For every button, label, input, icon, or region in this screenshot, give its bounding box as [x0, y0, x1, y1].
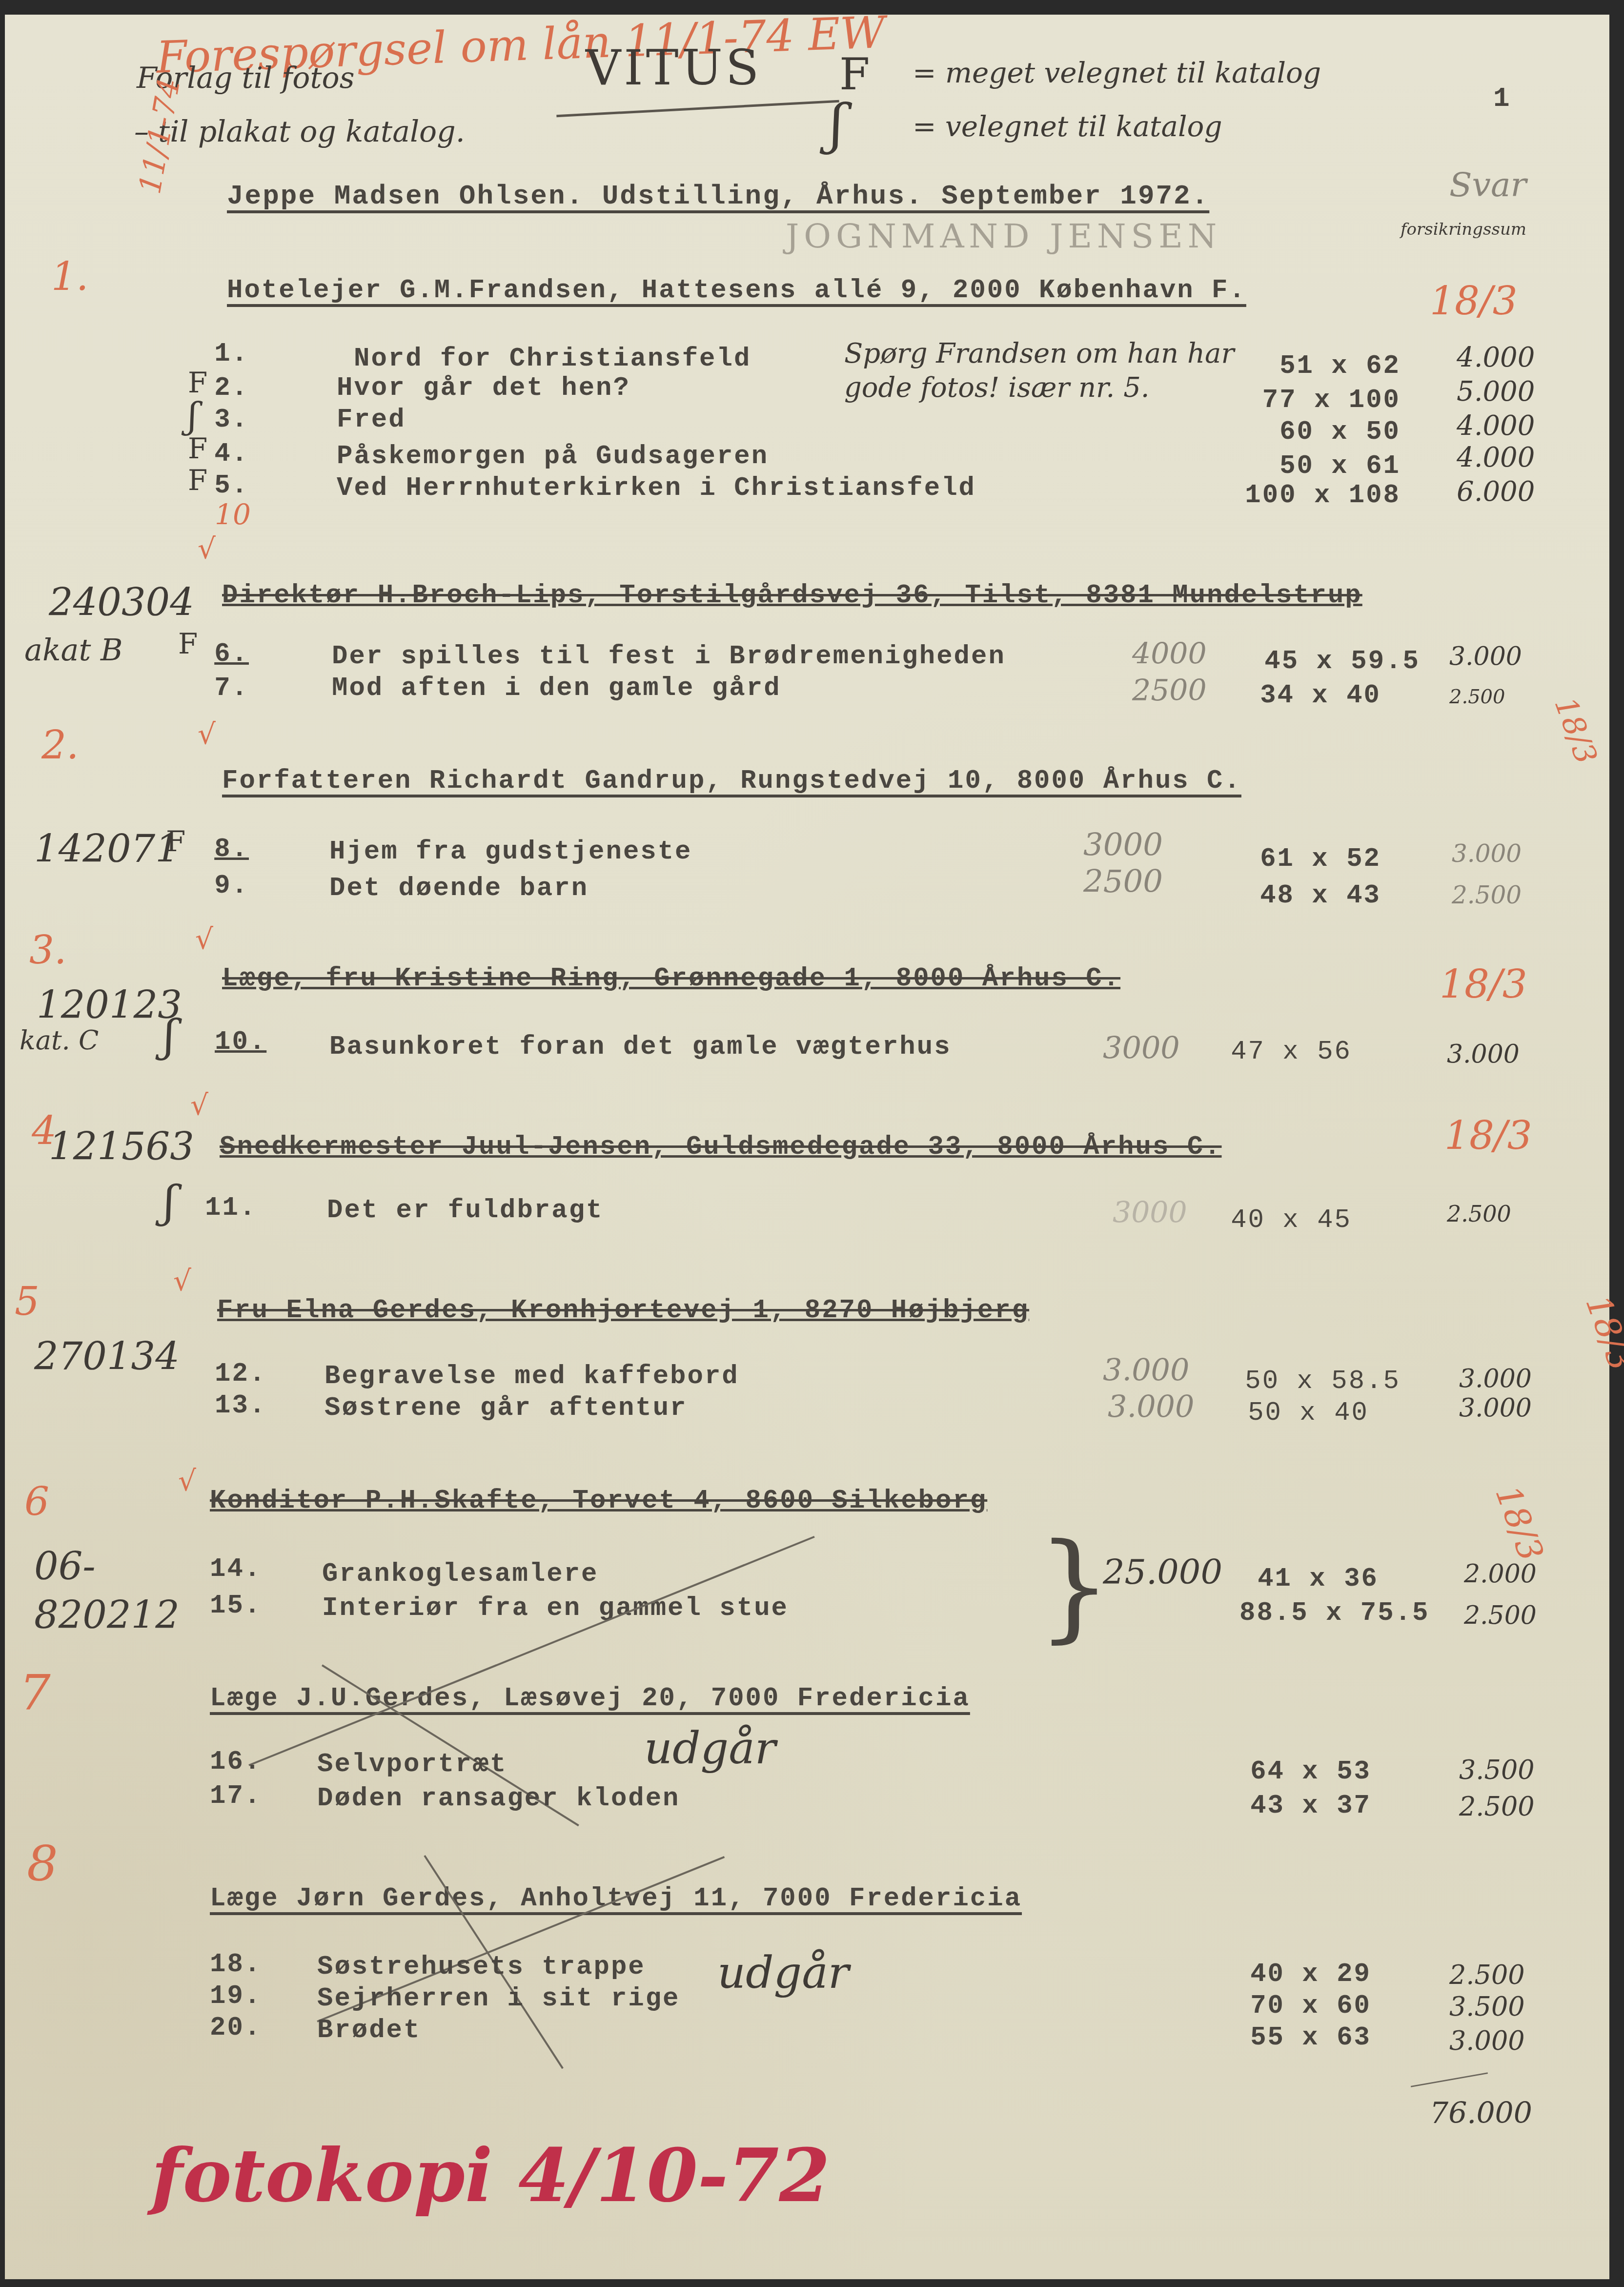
section-3-owner: Læge, fru Kristine Ring, Grønnegade 1, 8… — [222, 964, 1120, 994]
item-3-title: Fred — [337, 405, 406, 435]
item-7-size: 34 x 40 — [1205, 681, 1381, 711]
item-14-title: Grankoglesamlere — [322, 1559, 598, 1589]
item-20-size: 55 x 63 — [1196, 2023, 1371, 2053]
item-4-value: 4.000 — [1457, 442, 1535, 473]
section-1-owner: Hotelejer G.M.Frandsen, Hattesens allé 9… — [227, 276, 1246, 306]
section-8-owner: Læge Jørn Gerdes, Anholtvej 11, 7000 Fre… — [210, 1884, 1022, 1914]
item-7-no: 7. — [205, 674, 249, 703]
item-17-no: 17. — [210, 1781, 254, 1811]
page-number: 1 — [1493, 83, 1511, 114]
section-2-red-date: 18/3 — [1548, 693, 1604, 769]
section-1-red-date: 18/3 — [1430, 278, 1518, 324]
item-1-no: 1. — [205, 339, 249, 369]
item-11-no: 11. — [205, 1193, 249, 1223]
item-16-no: 16. — [210, 1747, 254, 1777]
item-5-title: Ved Herrnhuterkirken i Christiansfeld — [337, 473, 976, 503]
section-2-left-note: 142071 — [34, 827, 180, 871]
section-3-red-date: 18/3 — [1440, 961, 1527, 1007]
section-5-check: √ — [173, 1264, 191, 1297]
legend-text-f: = meget velegnet til katalog — [913, 56, 1321, 89]
vitus-annotation: VITUS — [586, 39, 762, 96]
item-12-title: Begravelse med kaffebord — [325, 1362, 739, 1391]
section-6-left-note2: 820212 — [34, 1593, 180, 1637]
item-15-title: Interiør fra en gammel stue — [322, 1593, 789, 1623]
item-15-size: 88.5 x 75.5 — [1239, 1598, 1415, 1628]
section-4-owner: Snedkermester Juul-Jensen, Guldsmedegade… — [220, 1132, 1222, 1162]
section-broch-left-note2: akat B — [24, 632, 123, 668]
section-2-index: 2. — [41, 722, 79, 768]
item-16-value: 3.500 — [1459, 1755, 1535, 1785]
item-19-size: 70 x 60 — [1196, 1991, 1371, 2021]
item-12-estimate: 3.000 — [1103, 1352, 1190, 1388]
item-4-no: 4. — [205, 439, 249, 469]
item-8-mark: F — [166, 825, 185, 858]
item-12-value: 3.000 — [1459, 1364, 1532, 1393]
section-8-cross-note: udgår — [717, 1947, 849, 1999]
item-6-no: 6. — [205, 639, 249, 669]
item-8-title: Hjem fra gudstjeneste — [329, 837, 692, 867]
section-broch-left-note: 240304 — [49, 581, 194, 625]
document-page: Forespørgsel om lån 11/1-74 EW Forlag ti… — [5, 15, 1609, 2279]
item-16-size: 64 x 53 — [1196, 1757, 1371, 1787]
item-10-size: 47 x 56 — [1176, 1037, 1352, 1067]
item-9-title: Det døende barn — [329, 874, 589, 903]
item-9-value: 2.500 — [1452, 881, 1522, 909]
item-8-estimate: 3000 — [1083, 827, 1163, 863]
legend-symbol-s: ʃ — [830, 93, 844, 155]
item-1-size: 51 x 62 — [1225, 351, 1401, 381]
item-18-title: Søstrehusets trappe — [317, 1952, 646, 1982]
section-3-check: √ — [195, 922, 213, 956]
item-9-estimate: 2500 — [1083, 864, 1163, 900]
section-1-after-note: 10 — [215, 498, 251, 531]
svar-label: Svar — [1449, 166, 1526, 204]
item-9-no: 9. — [205, 871, 249, 901]
item-20-no: 20. — [210, 2013, 254, 2043]
item-11-value: 2.500 — [1447, 1201, 1511, 1227]
item-14-no: 14. — [210, 1554, 254, 1584]
item-3-mark: ʃ — [188, 395, 198, 436]
vitus-underline — [556, 100, 839, 117]
item-3-value: 4.000 — [1457, 410, 1535, 442]
item-11-size: 40 x 45 — [1176, 1205, 1352, 1235]
item-6-value: 3.000 — [1449, 642, 1522, 671]
forsikringssum-label: forsikringssum — [1401, 220, 1526, 239]
item-8-no: 8. — [205, 835, 249, 864]
section-1-index: 1. — [51, 254, 88, 299]
item-12-size: 50 x 58.5 — [1225, 1367, 1401, 1396]
document-title: Jeppe Madsen Ohlsen. Udstilling, Århus. … — [227, 181, 1209, 212]
item-6-title: Der spilles til fest i Brødremenigheden — [332, 642, 1006, 672]
item-14-size: 41 x 36 — [1203, 1564, 1379, 1594]
section-4-check: √ — [190, 1088, 208, 1122]
section-4-left-note: 121563 — [49, 1125, 194, 1169]
section-2-check: √ — [198, 717, 216, 751]
item-2-size: 77 x 100 — [1225, 386, 1401, 415]
item-12-no: 12. — [215, 1359, 259, 1389]
item-13-estimate: 3.000 — [1108, 1389, 1195, 1424]
section-5-left-note: 270134 — [34, 1335, 180, 1379]
item-20-title: Brødet — [317, 2016, 421, 2045]
section-3-left-note: 120123 — [37, 983, 182, 1027]
item-2-no: 2. — [205, 373, 249, 403]
item-9-size: 48 x 43 — [1205, 881, 1381, 911]
footer-photocopy-note: fotokopi 4/10-72 — [151, 2133, 830, 2219]
total-separator — [1411, 2072, 1488, 2087]
section-3-left-note2: kat. C — [20, 1025, 99, 1056]
item-10-value: 3.000 — [1447, 1040, 1520, 1069]
item-3-size: 60 x 50 — [1225, 417, 1401, 447]
item-13-title: Søstrene går aftentur — [325, 1393, 688, 1423]
section-8-index: 8 — [27, 1835, 58, 1892]
item-13-size: 50 x 40 — [1193, 1398, 1369, 1428]
section-7-cross-note: udgår — [644, 1723, 776, 1774]
item-4-size: 50 x 61 — [1225, 451, 1401, 481]
item-7-value: 2.500 — [1449, 686, 1505, 708]
section-2-owner: Forfatteren Richardt Gandrup, Rungstedve… — [222, 766, 1241, 796]
item-18-no: 18. — [210, 1950, 254, 1980]
item-17-size: 43 x 37 — [1196, 1791, 1371, 1821]
item-5-value: 6.000 — [1457, 476, 1535, 508]
section-7-index: 7 — [20, 1664, 51, 1721]
item-2-value: 5.000 — [1457, 376, 1535, 408]
section-3-index: 3. — [29, 927, 66, 973]
section-5-index: 5 — [15, 1279, 40, 1324]
item-18-value: 2.500 — [1449, 1960, 1525, 1990]
item-19-value: 3.500 — [1449, 1991, 1525, 2022]
item-7-estimate: 2500 — [1132, 674, 1207, 708]
item-10-mark: ʃ — [163, 1010, 175, 1062]
section-broch-owner: Direktør H.Broch-Lips, Torstilgårdsvej 3… — [222, 581, 1362, 611]
left-note-line2: – til plakat og katalog. — [134, 115, 465, 149]
section-6-left-note: 06- — [34, 1545, 96, 1589]
section-1-side-note: Spørg Frandsen om han har gode fotos! is… — [844, 337, 1244, 405]
section-5-owner: Fru Elna Gerdes, Kronhjortevej 1, 8270 H… — [217, 1296, 1029, 1326]
section-5-red-date: 18/3 — [1578, 1290, 1624, 1376]
item-6-size: 45 x 59.5 — [1244, 647, 1420, 676]
item-10-no: 10. — [215, 1027, 259, 1057]
item-17-title: Døden ransager kloden — [317, 1784, 680, 1814]
item-11-mark: ʃ — [163, 1176, 175, 1227]
section-4-red-date: 18/3 — [1444, 1113, 1532, 1158]
pencil-name: JOGNMAND JENSEN — [786, 217, 1221, 256]
bracket-icon: } — [1037, 1518, 1112, 1654]
item-8-value: 3.000 — [1452, 839, 1522, 868]
item-11-title: Det er fuldbragt — [327, 1196, 603, 1225]
item-1-title: Nord for Christiansfeld — [354, 344, 751, 374]
item-5-size: 100 x 108 — [1225, 481, 1401, 510]
section-6-owner: Konditor P.H.Skafte, Torvet 4, 8600 Silk… — [210, 1486, 987, 1516]
item-10-estimate: 3000 — [1103, 1030, 1180, 1065]
section-6-index: 6 — [24, 1479, 49, 1524]
item-16-title: Selvportræt — [317, 1750, 507, 1779]
item-20-value: 3.000 — [1449, 2025, 1525, 2056]
item-8-size: 61 x 52 — [1205, 844, 1381, 874]
section-6-check: √ — [178, 1464, 196, 1497]
item-6-mark: F — [178, 627, 198, 660]
item-1-value: 4.000 — [1457, 342, 1535, 373]
item-17-value: 2.500 — [1459, 1791, 1535, 1822]
item-10-title: Basunkoret foran det gamle vægterhus — [329, 1032, 952, 1062]
item-19-title: Sejrherren i sit rige — [317, 1984, 680, 2014]
section-6-red-date: 18/3 — [1487, 1480, 1551, 1566]
item-15-value: 2.500 — [1464, 1601, 1537, 1630]
item-4-title: Påskemorgen på Gudsageren — [337, 442, 769, 471]
item-5-no: 5. — [205, 471, 249, 501]
item-3-no: 3. — [205, 405, 249, 435]
item-7-title: Mod aften i den gamle gård — [332, 674, 781, 703]
legend-text-s: = velegnet til katalog — [913, 110, 1222, 143]
item-18-size: 40 x 29 — [1196, 1960, 1371, 1989]
item-13-value: 3.000 — [1459, 1393, 1532, 1423]
item-14-value: 2.000 — [1464, 1559, 1537, 1589]
section-7-owner: Læge J.U.Gerdes, Læsøvej 20, 7000 Freder… — [210, 1684, 970, 1714]
item-6-estimate: 4000 — [1132, 637, 1207, 671]
item-15-no: 15. — [210, 1591, 254, 1621]
item-19-no: 19. — [210, 1981, 254, 2011]
item-13-no: 13. — [215, 1391, 259, 1421]
total-value: 76.000 — [1430, 2096, 1532, 2130]
item-2-title: Hvor går det hen? — [337, 373, 630, 403]
section-broch-check: √ — [198, 532, 216, 565]
